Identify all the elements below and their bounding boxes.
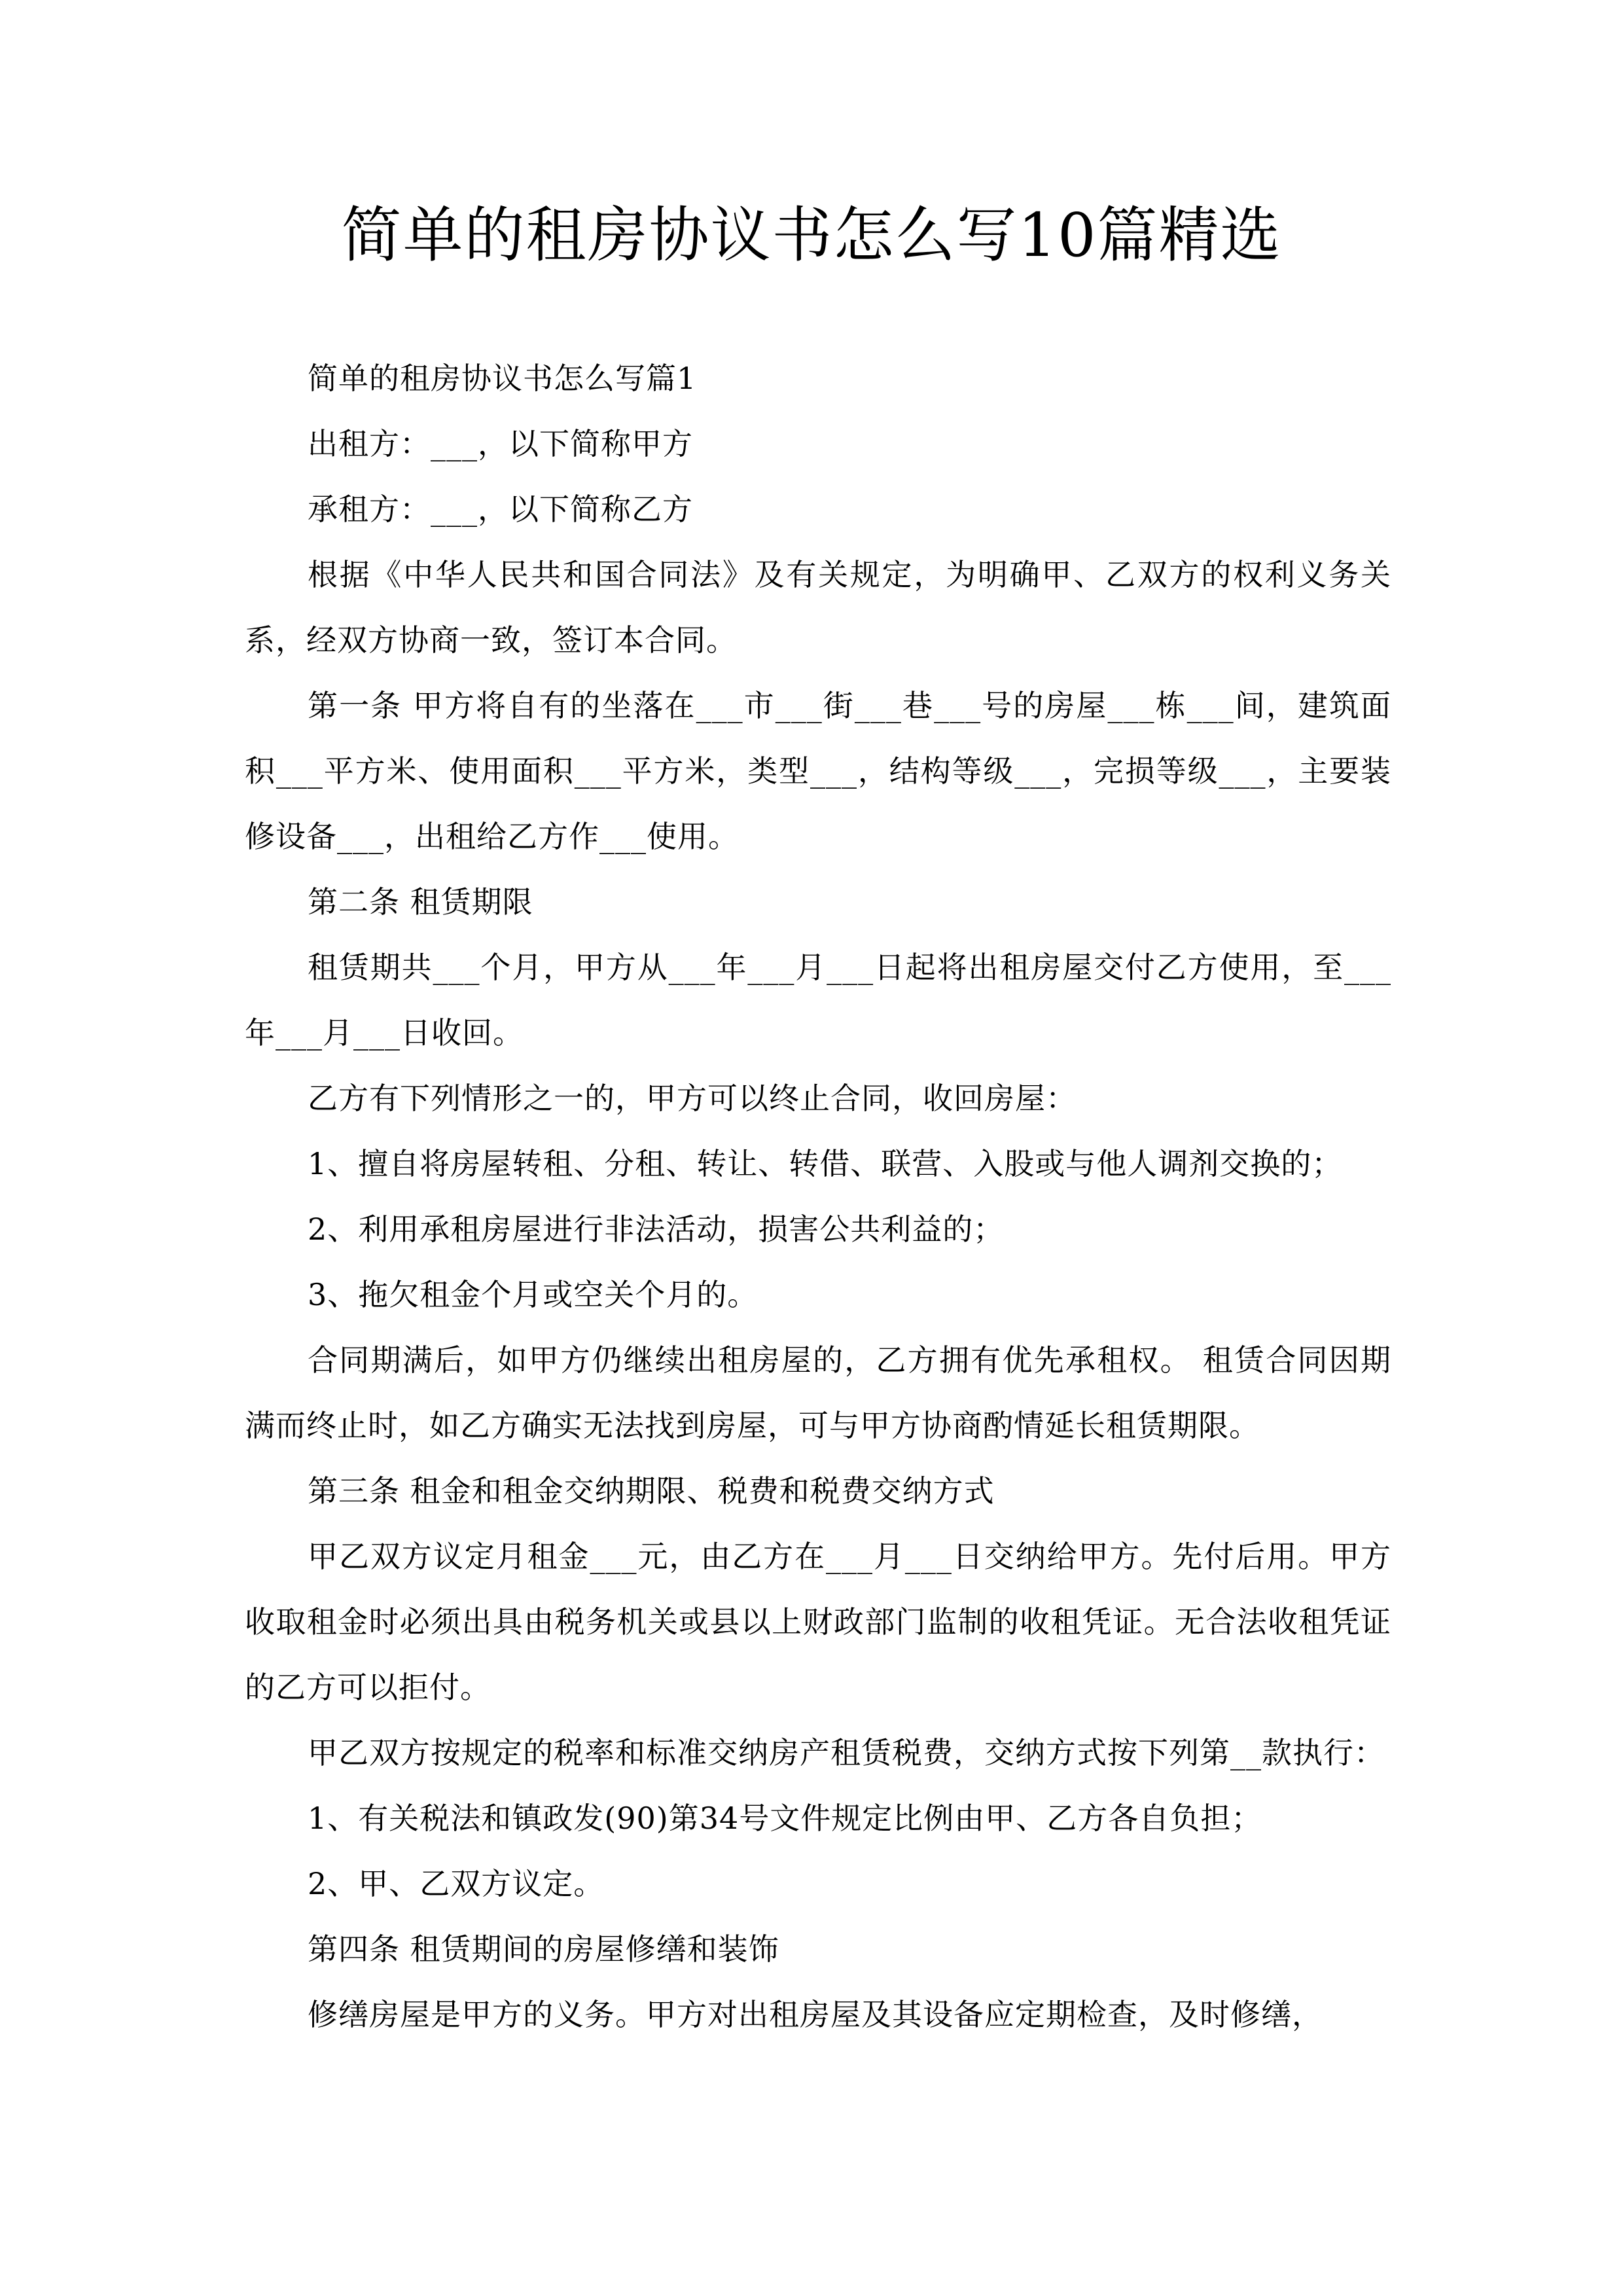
article-1-paragraph: 第一条 甲方将自有的坐落在___市___街___巷___号的房屋___栋___间…: [245, 673, 1391, 869]
document-title: 简单的租房协议书怎么写10篇精选: [0, 196, 1623, 275]
rent-paragraph: 甲乙双方议定月租金___元，由乙方在___月___日交纳给甲方。先付后用。甲方收…: [245, 1524, 1391, 1720]
lessee-line: 承租方：___，以下简称乙方: [245, 476, 1391, 542]
tax-item-1: 1、有关税法和镇政发(90)第34号文件规定比例由甲、乙方各自负担；: [245, 1785, 1391, 1851]
preamble-paragraph: 根据《中华人民共和国合同法》及有关规定，为明确甲、乙双方的权利义务关系，经双方协…: [245, 542, 1391, 673]
repair-paragraph: 修缮房屋是甲方的义务。甲方对出租房屋及其设备应定期检查，及时修缮，: [245, 1982, 1391, 2047]
lessor-line: 出租方：___，以下简称甲方: [245, 411, 1391, 476]
renewal-paragraph: 合同期满后，如甲方仍继续出租房屋的，乙方拥有优先承租权。 租赁合同因期满而终止时…: [245, 1327, 1391, 1458]
tax-paragraph: 甲乙双方按规定的税率和标准交纳房产租赁税费，交纳方式按下列第__款执行：: [245, 1720, 1391, 1785]
document-body: 简单的租房协议书怎么写篇1 出租方：___，以下简称甲方 承租方：___，以下简…: [245, 346, 1391, 2047]
document-page: 简单的租房协议书怎么写10篇精选 简单的租房协议书怎么写篇1 出租方：___，以…: [0, 0, 1623, 2296]
tax-item-2: 2、甲、乙双方议定。: [245, 1851, 1391, 1916]
section-heading: 简单的租房协议书怎么写篇1: [245, 346, 1391, 411]
article-4-heading: 第四条 租赁期间的房屋修缮和装饰: [245, 1916, 1391, 1982]
article-3-heading: 第三条 租金和租金交纳期限、税费和税费交纳方式: [245, 1458, 1391, 1524]
termination-item-2: 2、利用承租房屋进行非法活动，损害公共利益的；: [245, 1196, 1391, 1262]
termination-intro: 乙方有下列情形之一的，甲方可以终止合同，收回房屋：: [245, 1066, 1391, 1131]
lease-term-paragraph: 租赁期共___个月，甲方从___年___月___日起将出租房屋交付乙方使用，至_…: [245, 935, 1391, 1066]
article-2-heading: 第二条 租赁期限: [245, 869, 1391, 935]
termination-item-3: 3、拖欠租金个月或空关个月的。: [245, 1262, 1391, 1327]
termination-item-1: 1、擅自将房屋转租、分租、转让、转借、联营、入股或与他人调剂交换的；: [245, 1131, 1391, 1196]
